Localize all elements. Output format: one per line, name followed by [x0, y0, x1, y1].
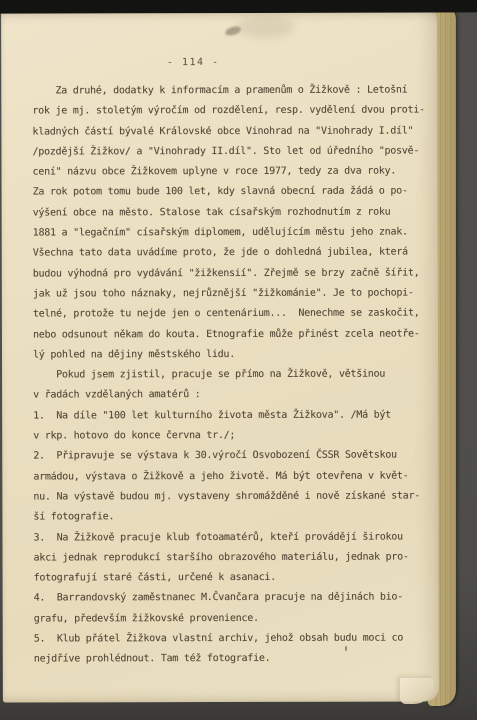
paper-speck	[345, 646, 347, 651]
page-number: - 114 -	[1, 57, 385, 69]
top-shadow-band	[0, 0, 477, 14]
paper-stain	[238, 16, 294, 38]
typewritten-body-text: Za druhé, dodatky k informacím a pramenů…	[32, 80, 433, 670]
document-page: - 114 - Za druhé, dodatky k informacím a…	[1, 9, 439, 702]
scanned-document-photo: - 114 - Za druhé, dodatky k informacím a…	[0, 0, 477, 720]
